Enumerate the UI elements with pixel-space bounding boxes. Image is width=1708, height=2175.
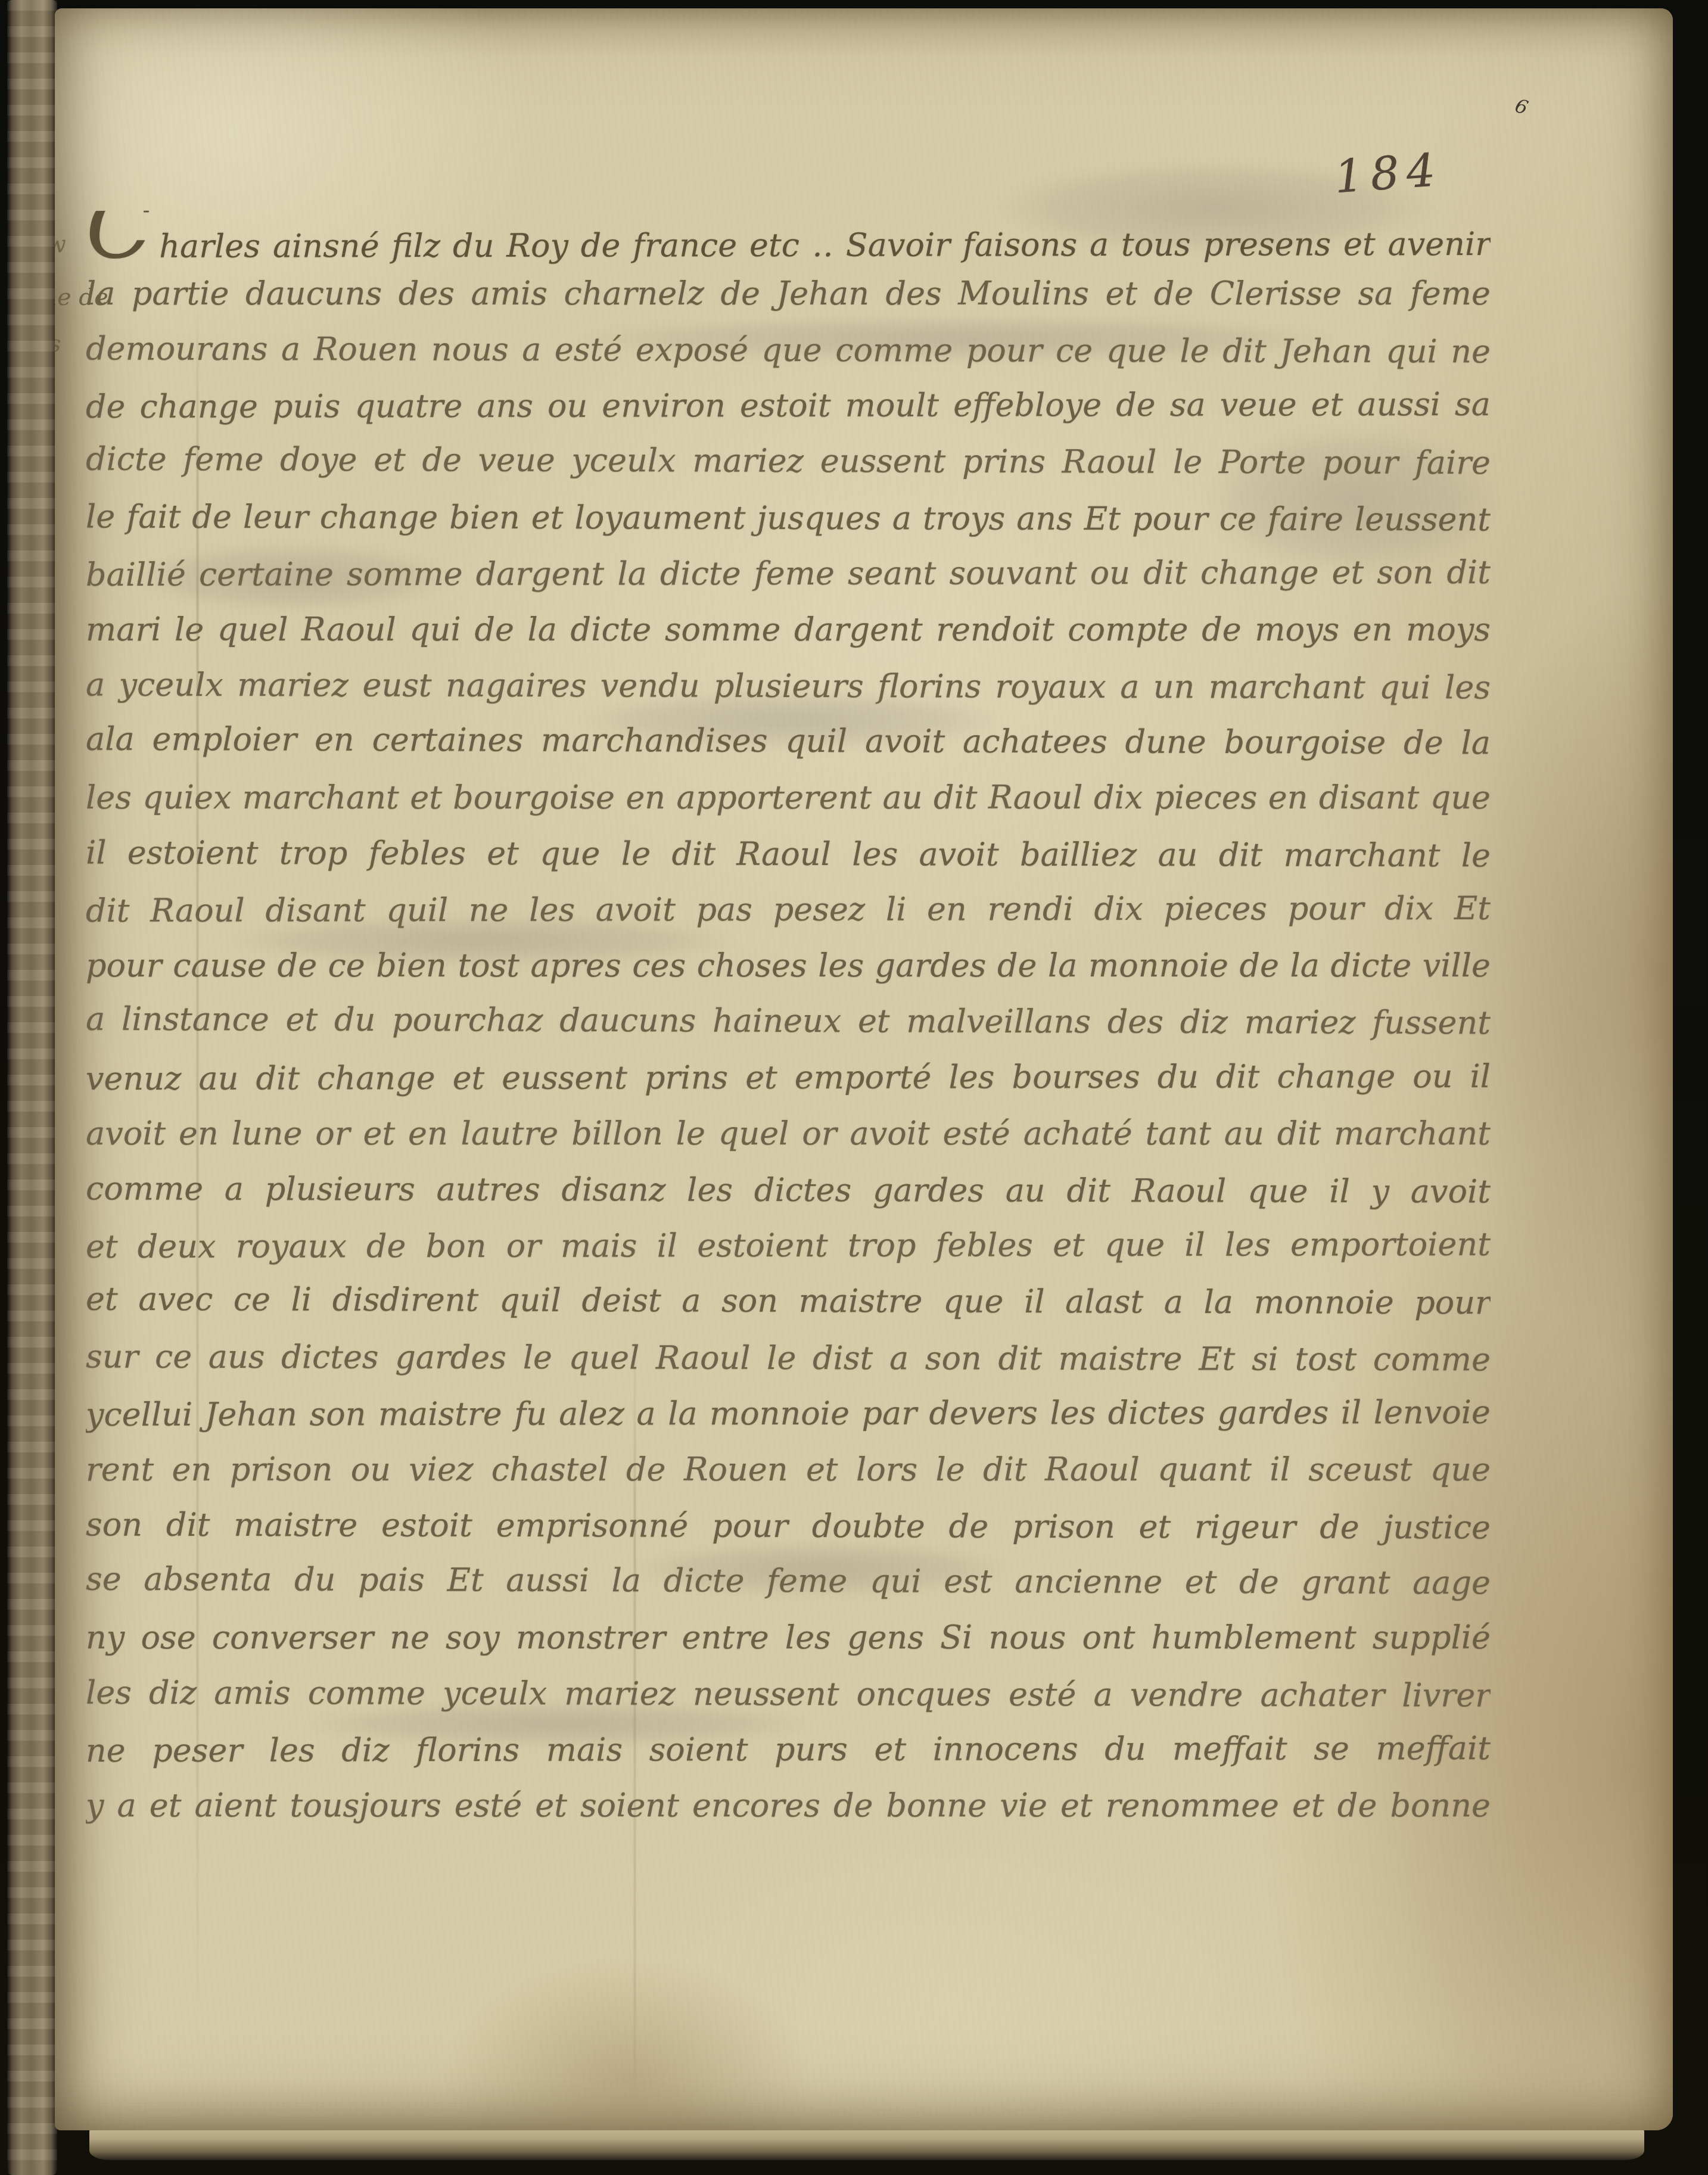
manuscript-text-line: sur ce aus dictes gardes le quel Raoul l… <box>86 1329 1491 1388</box>
manuscript-text-line: dit Raoul disant quil ne les avoit pas p… <box>86 880 1491 939</box>
manuscript-text-line: de change puis quatre ans ou environ est… <box>86 376 1491 435</box>
manuscript-text-line: y a et aient tousjours esté et soient en… <box>86 1778 1491 1834</box>
manuscript-text-line: pour cause de ce bien tost apres ces cho… <box>86 938 1491 994</box>
manuscript-text-line: se absenta du pais Et aussi la dicte fem… <box>86 1551 1491 1611</box>
manuscript-text-line: a linstance et du pourchaz daucuns haine… <box>86 991 1491 1051</box>
manuscript-text-line: et deux royaux de bon or mais il estoien… <box>86 1216 1491 1275</box>
manuscript-text-line: baillié certaine somme dargent la dicte … <box>86 544 1491 603</box>
manuscript-page: 184 6 rw me de as Charles ainsné filz du… <box>55 8 1673 2130</box>
manuscript-text-line: mari le quel Raoul qui de la dicte somme… <box>86 602 1491 658</box>
previous-page-edge <box>7 0 57 2175</box>
manuscript-text-line: demourans a Rouen nous a esté exposé que… <box>86 321 1491 380</box>
manuscript-text-line: ny ose converser ne soy monstrer entre l… <box>86 1610 1491 1666</box>
manuscript-text-line: a yceulx mariez eust nagaires vendu plus… <box>86 657 1491 716</box>
manuscript-text-line: comme a plusieurs autres disanz les dict… <box>86 1161 1491 1220</box>
manuscript-text-line: le fait de leur change bien et loyaument… <box>86 489 1491 548</box>
manuscript-text-line: venuz au dit change et eussent prins et … <box>86 1048 1491 1107</box>
manuscript-text-line: il estoient trop febles et que le dit Ra… <box>86 825 1491 884</box>
manuscript-text-line: ne peser les diz florins mais soient pur… <box>86 1720 1491 1779</box>
manuscript-text-line: la partie daucuns des amis charnelz de J… <box>86 266 1491 322</box>
manuscript-text-line: dicte feme doye et de veue yceulx mariez… <box>86 431 1491 491</box>
manuscript-scan: 184 6 rw me de as Charles ainsné filz du… <box>0 0 1708 2175</box>
manuscript-text-line: ycellui Jehan son maistre fu alez a la m… <box>86 1384 1491 1443</box>
manuscript-text-line: ala emploier en certaines marchandises q… <box>86 711 1491 771</box>
folio-number: 184 <box>1333 143 1444 203</box>
manuscript-text-line: les quiex marchant et bourgoise en appor… <box>86 770 1491 826</box>
charter-text-block: Charles ainsné filz du Roy de france etc… <box>86 210 1491 1834</box>
manuscript-text-line: Charles ainsné filz du Roy de france etc… <box>86 209 1491 267</box>
manuscript-text-line: et avec ce li disdirent quil deist a son… <box>86 1271 1491 1331</box>
manuscript-text-line: avoit en lune or et en lautre billon le … <box>86 1106 1491 1162</box>
manuscript-text-line: rent en prison ou viez chastel de Rouen … <box>86 1442 1491 1498</box>
manuscript-text-line: son dit maistre estoit emprisonné pour d… <box>86 1497 1491 1556</box>
corner-ink-mark: 6 <box>1513 94 1531 119</box>
manuscript-text-line: les diz amis comme yceulx mariez neussen… <box>86 1665 1491 1724</box>
